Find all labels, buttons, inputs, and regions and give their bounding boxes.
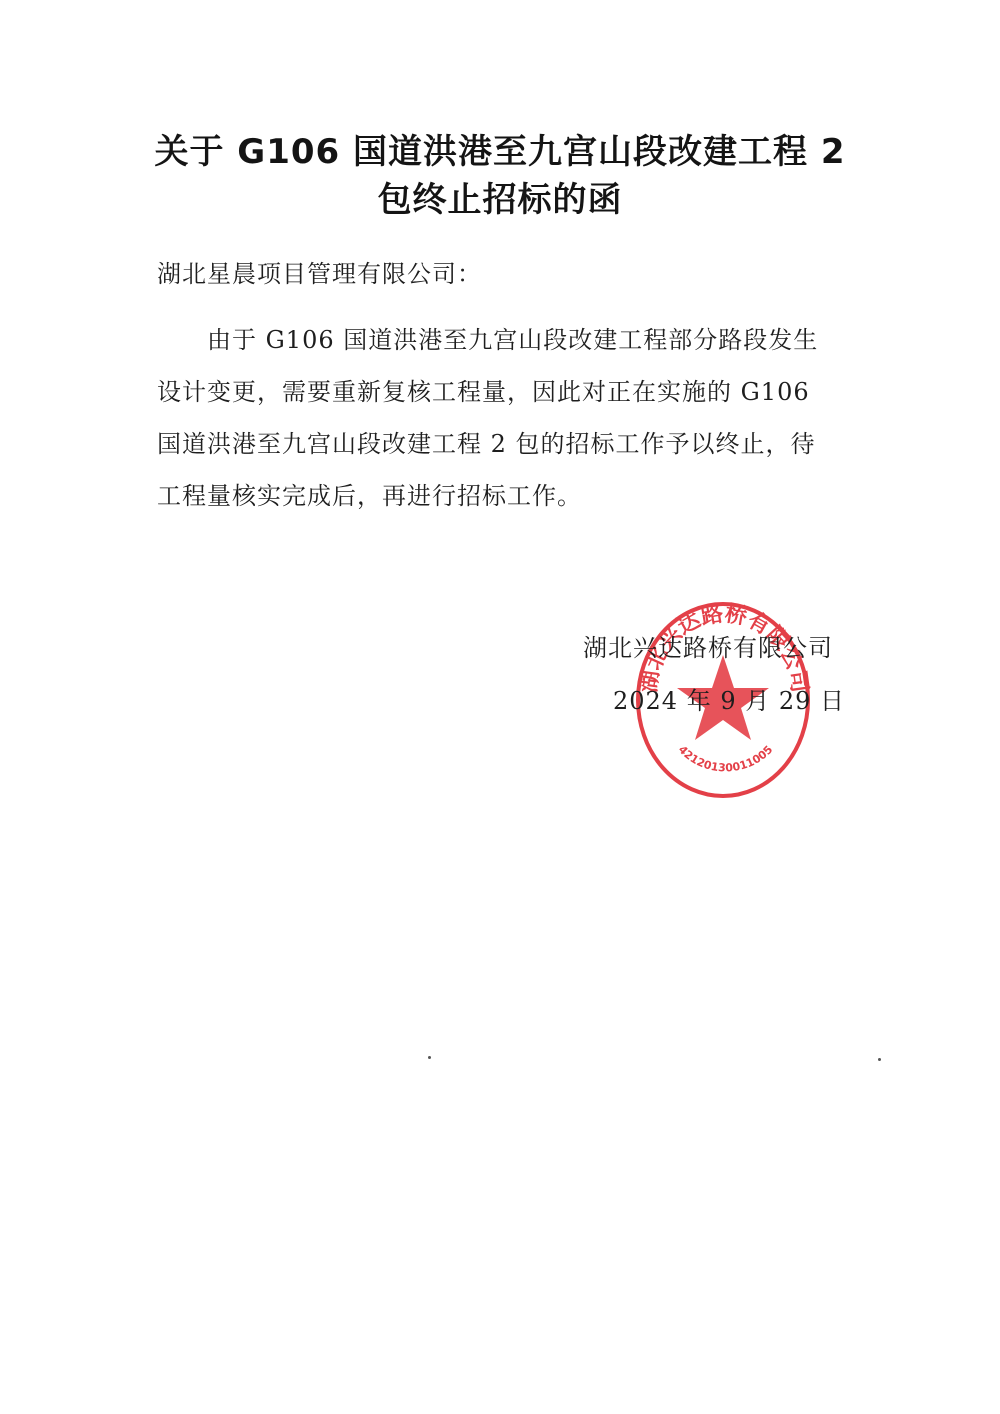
body-paragraph: 由于 G106 国道洪港至九宫山段改建工程部分路段发生 设计变更，需要重新复核工… bbox=[157, 314, 857, 522]
signature-company: 湖北兴达路桥有限公司 bbox=[583, 630, 833, 666]
title-line-2: 包终止招标的函 bbox=[150, 176, 850, 224]
document-title: 关于 G106 国道洪港至九宫山段改建工程 2 包终止招标的函 bbox=[150, 128, 850, 224]
body-line-1: 由于 G106 国道洪港至九宫山段改建工程部分路段发生 bbox=[157, 314, 857, 366]
body-line-4: 工程量核实完成后，再进行招标工作。 bbox=[157, 470, 857, 522]
scan-speck bbox=[428, 1056, 431, 1059]
recipient: 湖北星晨项目管理有限公司： bbox=[157, 256, 482, 292]
scan-speck bbox=[878, 1058, 881, 1061]
signature-date: 2024 年 9 月 29 日 bbox=[613, 683, 845, 719]
letter-page: 关于 G106 国道洪港至九宫山段改建工程 2 包终止招标的函 湖北星晨项目管理… bbox=[0, 0, 1000, 1414]
body-line-2: 设计变更，需要重新复核工程量，因此对正在实施的 G106 bbox=[157, 366, 857, 418]
title-line-1: 关于 G106 国道洪港至九宫山段改建工程 2 bbox=[150, 128, 850, 176]
body-line-3: 国道洪港至九宫山段改建工程 2 包的招标工作予以终止，待 bbox=[157, 418, 857, 470]
seal-code: 42120130011005 bbox=[676, 743, 776, 774]
